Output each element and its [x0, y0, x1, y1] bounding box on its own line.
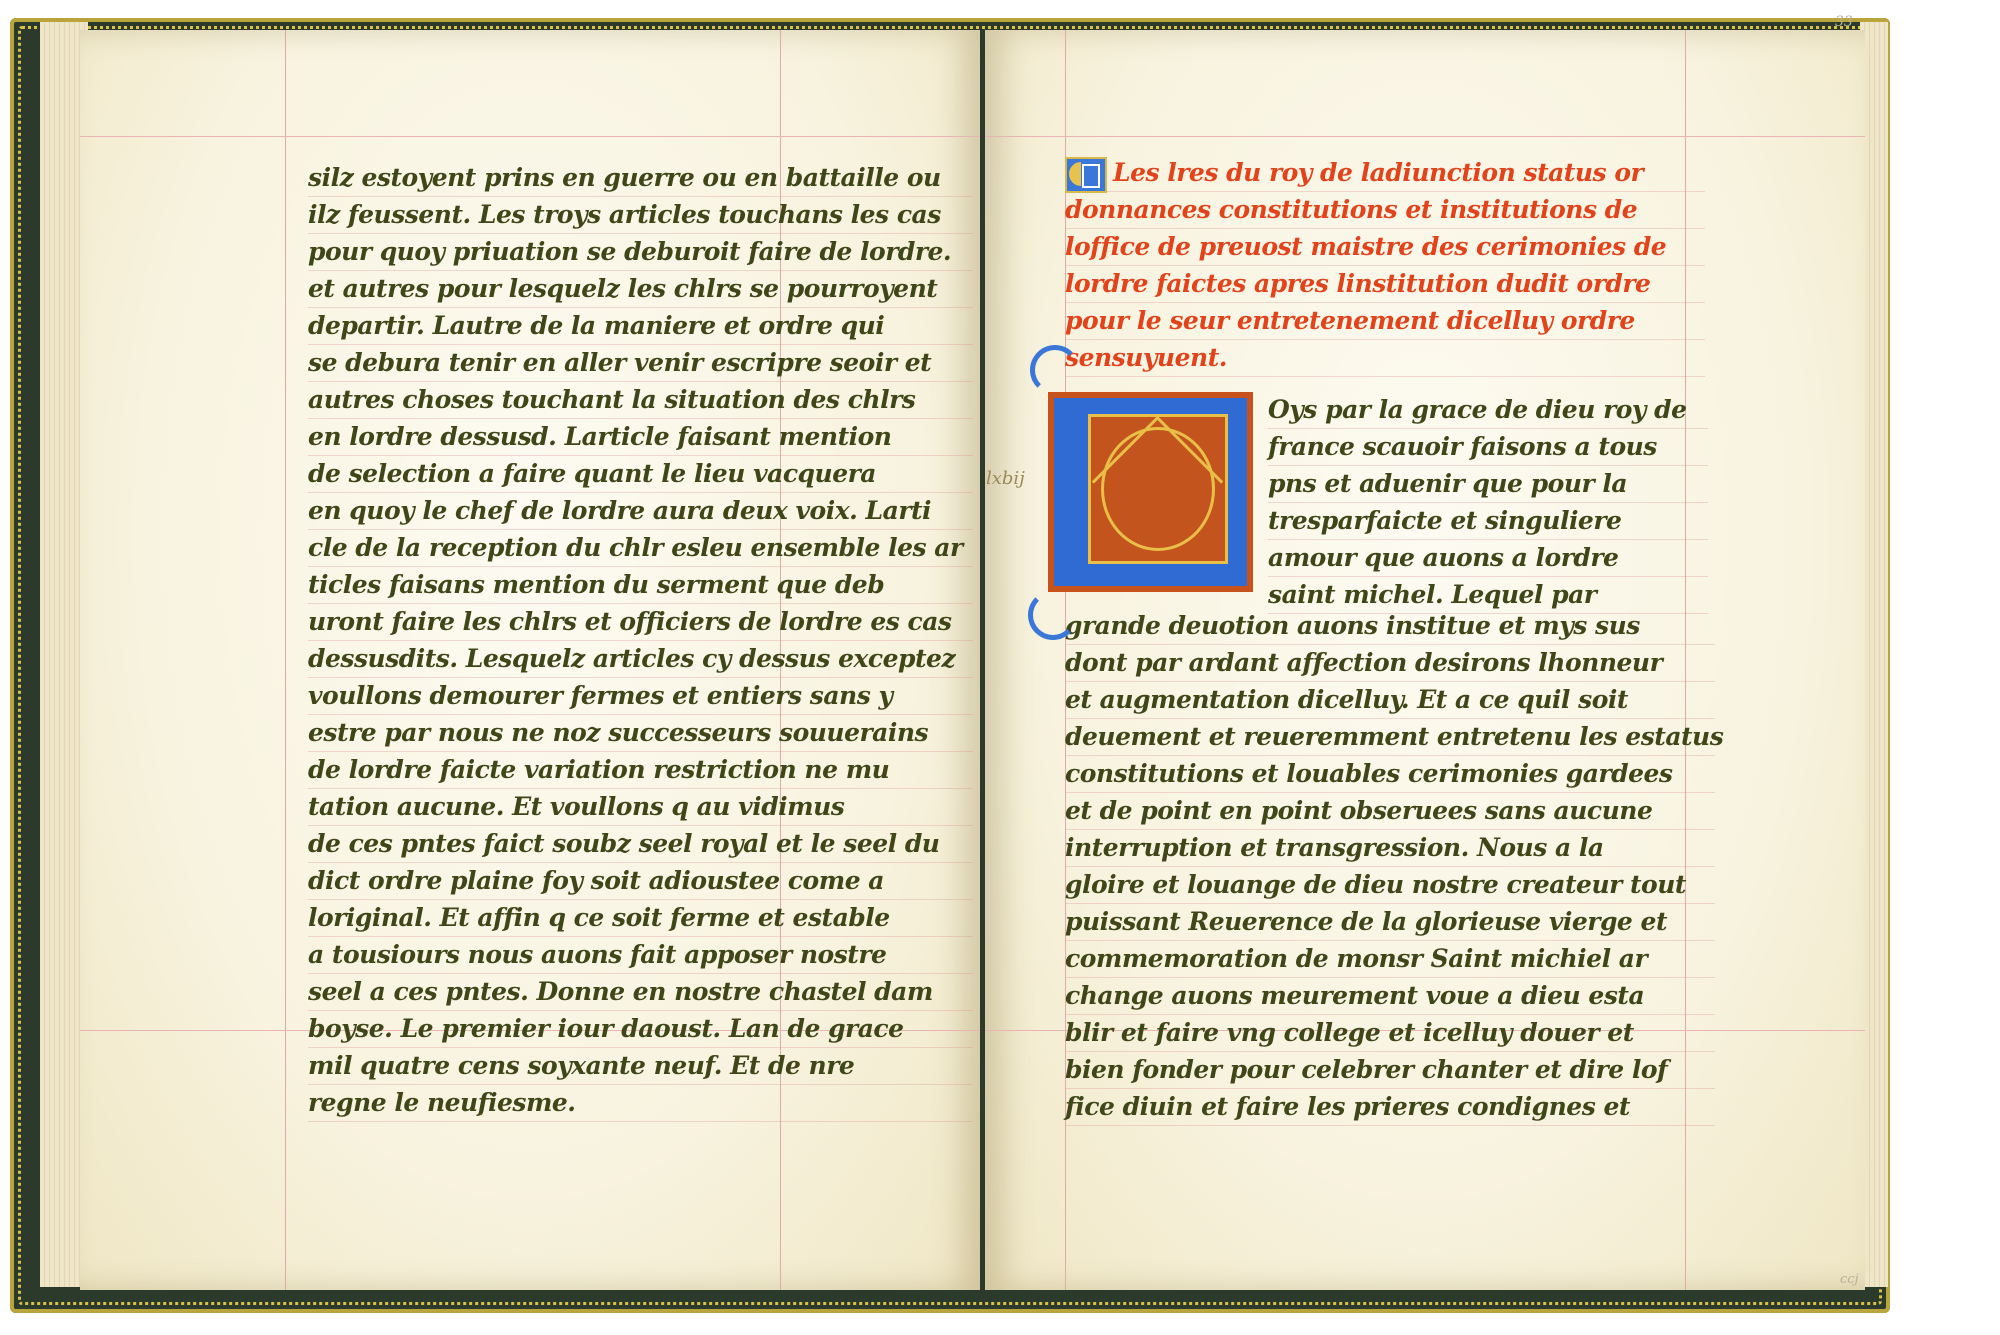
rubric-line: lordre faictes apres linstitution dudit …: [1065, 266, 1705, 303]
text-line: interruption et transgression. Nous a la: [1065, 830, 1715, 867]
text-line: en quoy le chef de lordre aura deux voix…: [308, 493, 973, 530]
text-line: mil quatre cens soyxante neuf. Et de nre: [308, 1048, 973, 1085]
text-line: france scauoir faisons a tous: [1268, 429, 1708, 466]
rubric-line: loffice de preuost maistre des cerimonie…: [1065, 229, 1705, 266]
text-line: regne le neufiesme.: [308, 1085, 973, 1122]
body-text: grande deuotion auons institue et mys su…: [1065, 608, 1715, 1126]
text-line: et de point en point obseruees sans aucu…: [1065, 793, 1715, 830]
marginal-note: lxbij: [986, 468, 1025, 489]
flourish-icon: [1028, 590, 1078, 640]
rubric-text: Les lres du roy de ladiunction status or: [1113, 158, 1643, 187]
text-line: constitutions et louables cerimonies gar…: [1065, 756, 1715, 793]
text-line: de lordre faicte variation restriction n…: [308, 752, 973, 789]
text-line: autres choses touchant la situation des …: [308, 382, 973, 419]
text-line: a tousiours nous auons fait apposer nost…: [308, 937, 973, 974]
folio-number: 33: [1835, 14, 1853, 30]
text-line: boyse. Le premier iour daoust. Lan de gr…: [308, 1011, 973, 1048]
margin-rule: [985, 136, 1865, 137]
text-line: de selection a faire quant le lieu vacqu…: [308, 456, 973, 493]
text-line: fice diuin et faire les prieres condigne…: [1065, 1089, 1715, 1126]
text-line: commemoration de monsr Saint michiel ar: [1065, 941, 1715, 978]
text-line: deuement et reueremment entretenu les es…: [1065, 719, 1715, 756]
indented-text: Oys par la grace de dieu roy de france s…: [1268, 392, 1708, 614]
text-line: dict ordre plaine foy soit adioustee com…: [308, 863, 973, 900]
text-line: blir et faire vng college et icelluy dou…: [1065, 1015, 1715, 1052]
text-line: et augmentation dicelluy. Et a ce quil s…: [1065, 682, 1715, 719]
flourish-icon: [1030, 345, 1080, 395]
text-line: de ces pntes faict soubz seel royal et l…: [308, 826, 973, 863]
text-line: loriginal. Et affin q ce soit ferme et e…: [308, 900, 973, 937]
text-line: gloire et louange de dieu nostre createu…: [1065, 867, 1715, 904]
text-line: departir. Lautre de la maniere et ordre …: [308, 308, 973, 345]
rubric-line: sensuyuent.: [1065, 340, 1705, 377]
margin-rule: [285, 30, 286, 1290]
margin-rule: [80, 136, 980, 137]
text-line: pns et aduenir que pour la: [1268, 466, 1708, 503]
rubric-line: donnances constitutions et institutions …: [1065, 192, 1705, 229]
illuminated-initial-icon: [1048, 392, 1253, 592]
text-line: et autres pour lesquelz les chlrs se pou…: [308, 271, 973, 308]
text-line: dessusdits. Lesquelz articles cy dessus …: [308, 641, 973, 678]
left-page: silz estoyent prins en guerre ou en batt…: [80, 30, 980, 1290]
right-page: Les lres du roy de ladiunction status or…: [985, 30, 1865, 1290]
rubric-line: pour le seur entretenement dicelluy ordr…: [1065, 303, 1705, 340]
text-line: change auons meurement voue a dieu esta: [1065, 978, 1715, 1015]
rubric-line: Les lres du roy de ladiunction status or: [1065, 155, 1705, 192]
text-line: Oys par la grace de dieu roy de: [1268, 392, 1708, 429]
text-line: dont par ardant affection desirons lhonn…: [1065, 645, 1715, 682]
text-line: cle de la reception du chlr esleu ensemb…: [308, 530, 973, 567]
text-line: ticles faisans mention du serment que de…: [308, 567, 973, 604]
text-line: amour que auons a lordre: [1268, 540, 1708, 577]
text-line: pour quoy priuation se deburoit faire de…: [308, 234, 973, 271]
text-line: bien fonder pour celebrer chanter et dir…: [1065, 1052, 1715, 1089]
text-line: se debura tenir en aller venir escripre …: [308, 345, 973, 382]
text-line: uront faire les chlrs et officiers de lo…: [308, 604, 973, 641]
text-line: silz estoyent prins en guerre ou en batt…: [308, 160, 973, 197]
text-line: voullons demourer fermes et entiers sans…: [308, 678, 973, 715]
text-line: seel a ces pntes. Donne en nostre chaste…: [308, 974, 973, 1011]
rubric-heading: Les lres du roy de ladiunction status or…: [1065, 155, 1705, 377]
text-line: puissant Reuerence de la glorieuse vierg…: [1065, 904, 1715, 941]
text-line: ilz feussent. Les troys articles touchan…: [308, 197, 973, 234]
text-line: grande deuotion auons institue et mys su…: [1065, 608, 1715, 645]
text-line: tation aucune. Et voullons q au vidimus: [308, 789, 973, 826]
folio-number-bottom: ccj: [1840, 1272, 1859, 1287]
small-initial-icon: [1065, 157, 1107, 193]
text-line: estre par nous ne noz successeurs souuer…: [308, 715, 973, 752]
initial-foliage: [1088, 414, 1228, 564]
text-line: tresparfaicte et singuliere: [1268, 503, 1708, 540]
left-page-text: silz estoyent prins en guerre ou en batt…: [308, 160, 973, 1122]
text-line: en lordre dessusd. Larticle faisant ment…: [308, 419, 973, 456]
